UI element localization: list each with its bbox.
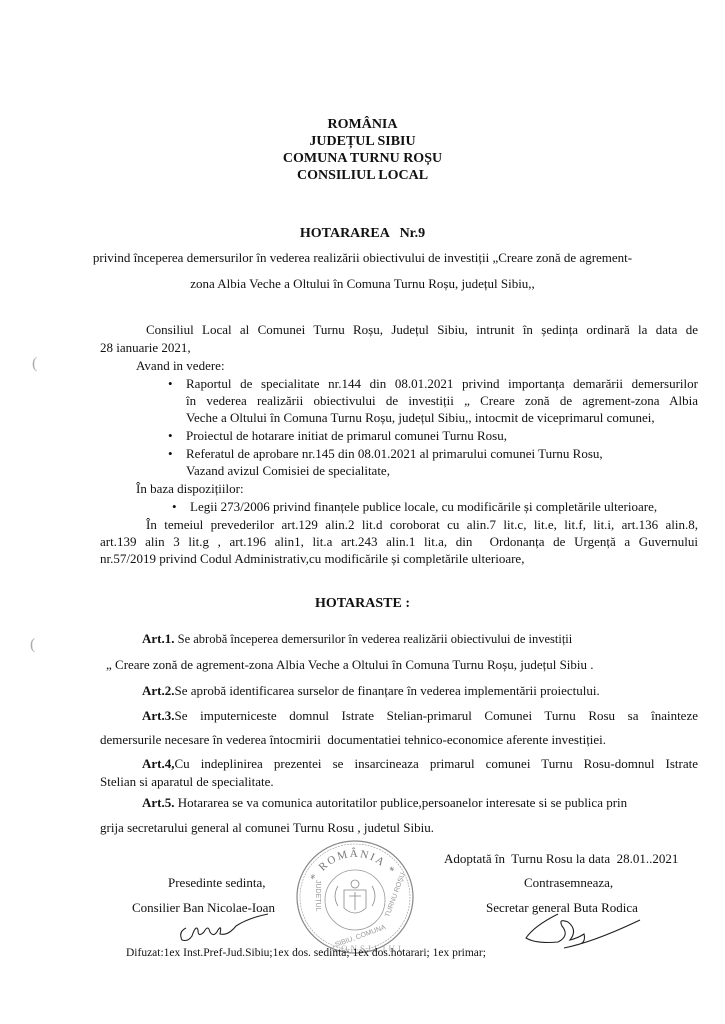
article-4-line-2: Stelian si aparatul de specialitate. <box>100 774 274 790</box>
svg-text:* ROMÂNIA *: * ROMÂNIA * <box>308 848 398 883</box>
svg-text:JUDEȚUL: JUDEȚUL <box>314 880 321 912</box>
considering-item-2: Proiectul de hotarare initiat de primaru… <box>186 428 507 444</box>
header-county: JUDEȚUL SIBIU <box>0 133 725 150</box>
considering-item-1-line-3: Veche a Oltului în Comuna Turnu Roșu, ju… <box>186 410 655 426</box>
article-1-label: Art.1. <box>142 631 175 646</box>
legal-temei-line-3: nr.57/2019 privind Codul Administrativ,c… <box>100 551 524 567</box>
subtitle-line-1: privind începerea demersurilor în vedere… <box>0 250 725 266</box>
header-country: ROMÂNIA <box>0 116 725 133</box>
article-3-label: Art.3. <box>142 708 175 724</box>
intro-line-2: 28 ianuarie 2021, <box>100 340 191 356</box>
article-4-label: Art.4, <box>142 756 175 772</box>
considering-item-1-line-2: în vederea realizării obiectivului de in… <box>186 393 698 409</box>
article-2-label: Art.2. <box>142 683 175 698</box>
decision-heading: HOTARASTE : <box>0 596 725 612</box>
article-1-text: Se abrobă începerea demersurilor în vede… <box>175 632 573 646</box>
article-4-line-1: Art.4,Cu indeplinirea prezentei se insar… <box>142 756 698 772</box>
article-3-line-2: demersurile necesare în vederea întocmir… <box>100 732 606 748</box>
president-role: Presedinte sedinta, <box>168 875 265 891</box>
intro-line-1: Consiliul Local al Comunei Turnu Roșu, J… <box>146 322 698 338</box>
legal-temei-line-1: În temeiul prevederilor art.129 alin.2 l… <box>146 517 698 533</box>
president-signature <box>176 910 276 944</box>
punch-mark-top: ( <box>32 355 37 373</box>
considering-item-3-line-2: Vazand avizul Comisiei de specialitate, <box>186 463 390 479</box>
header-commune: COMUNA TURNU ROȘU <box>0 150 725 167</box>
adoption-statement: Adoptată în Turnu Rosu la data 28.01..20… <box>444 851 678 867</box>
article-3-text: Se imputerniceste domnul Istrate Stelian… <box>175 708 699 724</box>
distribution-list: Difuzat:1ex Inst.Pref-Jud.Sibiu;1ex dos.… <box>126 947 486 959</box>
stamp-top-text: * ROMÂNIA * <box>308 848 398 883</box>
decision-title: HOTARAREA Nr.9 <box>0 226 725 242</box>
article-2: Art.2.Se aprobă identificarea surselor d… <box>142 683 600 699</box>
official-stamp: * ROMÂNIA * JUDEȚUL TURNU ROȘU SIBIU, CO… <box>294 838 416 956</box>
considering-item-3-line-1: Referatul de aprobare nr.145 din 08.01.2… <box>186 446 603 462</box>
considering-label: Avand in vedere: <box>136 358 225 374</box>
article-5-text: Hotararea se va comunica autoritatilor p… <box>175 795 628 810</box>
legal-basis-label: În baza dispozițiilor: <box>136 481 244 497</box>
article-1-line-1: Art.1. Se abrobă începerea demersurilor … <box>142 631 572 647</box>
article-4-text: Cu indeplinirea prezentei se insarcineaz… <box>175 756 699 772</box>
legal-basis-item-1: Legii 273/2006 privind finanțele publice… <box>190 499 657 515</box>
punch-mark-bottom: ( <box>30 636 35 654</box>
considering-item-1-line-1: Raportul de specialitate nr.144 din 08.0… <box>186 376 698 392</box>
header-council: CONSILIUL LOCAL <box>0 167 725 184</box>
secretary-signature <box>514 908 644 958</box>
subtitle-line-2: zona Albia Veche a Oltului în Comuna Tur… <box>0 276 725 292</box>
svg-text:TURNU ROȘU: TURNU ROȘU <box>384 872 407 918</box>
legal-temei-line-2: art.139 alin 3 lit.g , art.196 alin1, li… <box>100 534 698 550</box>
coat-of-arms-icon <box>335 880 375 913</box>
article-2-text: Se aprobă identificarea surselor de fina… <box>175 683 600 698</box>
article-5-line-2: grija secretarului general al comunei Tu… <box>100 820 434 836</box>
article-5-line-1: Art.5. Hotararea se va comunica autorita… <box>142 795 627 811</box>
article-1-line-2: „ Creare zonă de agrement-zona Albia Vec… <box>106 657 594 673</box>
article-5-label: Art.5. <box>142 795 175 810</box>
countersign-role: Contrasemneaza, <box>524 875 613 891</box>
article-3-line-1: Art.3.Se imputerniceste domnul Istrate S… <box>142 708 698 724</box>
